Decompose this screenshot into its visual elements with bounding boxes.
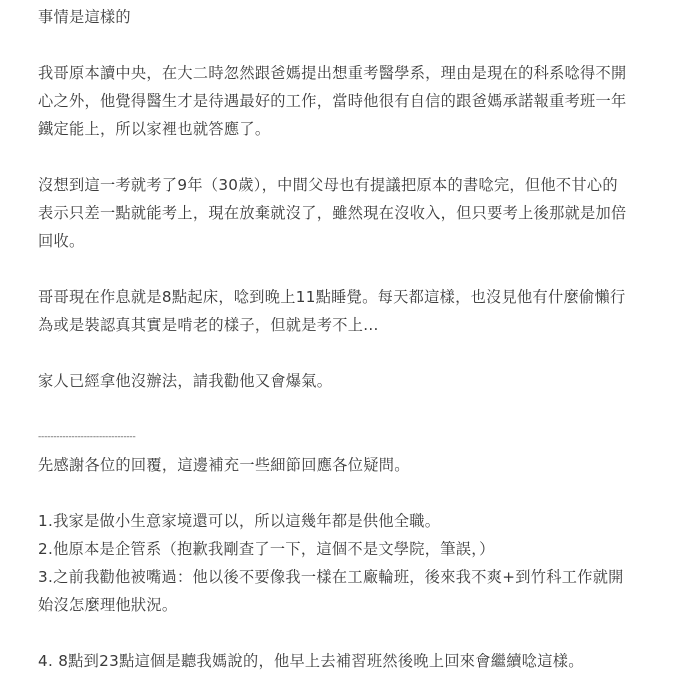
update-list: 1.我家是做小生意家境還可以，所以這幾年都是供他全職。 2.他原本是企管系（抱歉… bbox=[38, 507, 658, 619]
paragraph-background: 我哥原本讀中央，在大二時忽然跟爸媽提出想重考醫學系，理由是現在的科系唸得不開 心… bbox=[38, 59, 658, 143]
paragraph-line: 為或是裝認真其實是啃老的樣子，但就是考不上... bbox=[38, 311, 658, 339]
paragraph-line: 哥哥現在作息就是8點起床，唸到晚上11點睡覺。每天都這樣，也沒見他有什麼偷懶行 bbox=[38, 283, 658, 311]
intro-text: 事情是這樣的 bbox=[38, 3, 658, 31]
divider-line: -------------------------------- bbox=[38, 423, 658, 451]
paragraph-schedule: 哥哥現在作息就是8點起床，唸到晚上11點睡覺。每天都這樣，也沒見他有什麼偷懶行 … bbox=[38, 283, 658, 339]
spacer bbox=[38, 479, 658, 507]
paragraph-family: 家人已經拿他沒辦法，請我勸他又會爆氣。 bbox=[38, 367, 658, 395]
spacer bbox=[38, 31, 658, 59]
paragraph-line: 鐵定能上，所以家裡也就答應了。 bbox=[38, 115, 658, 143]
update-item-4: 4. 8點到23點這個是聽我媽說的，他早上去補習班然後晚上回來會繼續唸這樣。 bbox=[38, 647, 658, 675]
update-item: 2.他原本是企管系（抱歉我剛查了一下，這個不是文學院，筆誤，） bbox=[38, 535, 658, 563]
spacer bbox=[38, 255, 658, 283]
spacer bbox=[38, 619, 658, 647]
paragraph-line: 我哥原本讀中央，在大二時忽然跟爸媽提出想重考醫學系，理由是現在的科系唸得不開 bbox=[38, 59, 658, 87]
post-body: 事情是這樣的 我哥原本讀中央，在大二時忽然跟爸媽提出想重考醫學系，理由是現在的科… bbox=[38, 3, 658, 675]
spacer bbox=[38, 143, 658, 171]
paragraph-line: 心之外，他覺得醫生才是待遇最好的工作，當時他很有自信的跟爸媽承諾報重考班一年 bbox=[38, 87, 658, 115]
paragraph-nine-years: 沒想到這一考就考了9年（30歲），中間父母也有提議把原本的書唸完，但他不甘心的 … bbox=[38, 171, 658, 255]
spacer bbox=[38, 339, 658, 367]
update-item: 1.我家是做小生意家境還可以，所以這幾年都是供他全職。 bbox=[38, 507, 658, 535]
update-item: 始沒怎麼理他狀況。 bbox=[38, 591, 658, 619]
spacer bbox=[38, 395, 658, 423]
update-intro: 先感謝各位的回覆，這邊補充一些細節回應各位疑問。 bbox=[38, 451, 658, 479]
update-item: 3.之前我勸他被嘴過：他以後不要像我一樣在工廠輪班，後來我不爽+到竹科工作就開 bbox=[38, 563, 658, 591]
paragraph-line: 沒想到這一考就考了9年（30歲），中間父母也有提議把原本的書唸完，但他不甘心的 bbox=[38, 171, 658, 199]
paragraph-line: 表示只差一點就能考上，現在放棄就沒了，雖然現在沒收入，但只要考上後那就是加倍 bbox=[38, 199, 658, 227]
paragraph-line: 回收。 bbox=[38, 227, 658, 255]
